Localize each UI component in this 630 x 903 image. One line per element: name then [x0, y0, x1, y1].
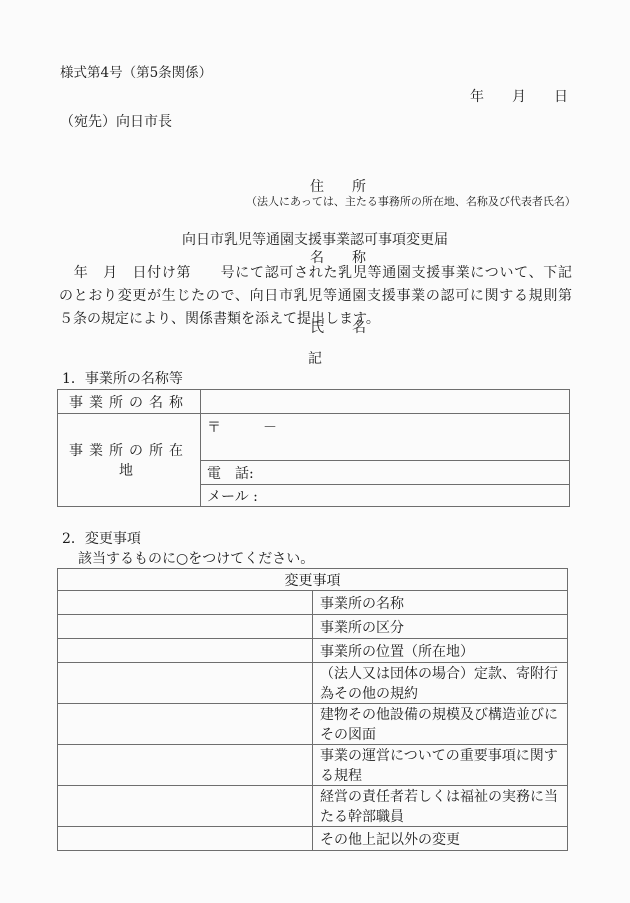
addressee: （宛先）向日市長: [60, 111, 172, 131]
office-name-value-cell: [201, 390, 570, 414]
body-line-3: ５条の規定により、関係書類を添えて提出します。: [59, 308, 572, 331]
body-line-2: のとおり変更が生じたので、向日市乳児等通園支援事業の認可に関する規則第: [59, 285, 572, 308]
table-row: 事業の運営についての重要事項に関する規程: [58, 745, 568, 786]
change-item-label: 事業所の名称: [313, 591, 568, 615]
office-location-label: 事業所の所在地: [58, 414, 201, 507]
circle-mark-cell: [58, 663, 313, 704]
document-page: 様式第4号（第5条関係） 年 月 日 （宛先）向日市長 住 所 名 称 氏 名 …: [0, 0, 630, 903]
change-item-label: 建物その他設備の規模及び構造並びにその図面: [313, 704, 568, 745]
table-row: 事業所の名称: [58, 591, 568, 615]
table-row: その他上記以外の変更: [58, 827, 568, 851]
table-row: 事業所の区分: [58, 615, 568, 639]
change-items-table: 変更事項 事業所の名称 事業所の区分 事業所の位置（所在地） （法人又は団体の場…: [57, 568, 568, 851]
postal-code-cell: 〒 －: [201, 414, 570, 461]
table-row: 事業所の位置（所在地）: [58, 639, 568, 663]
section1-heading: 1．事業所の名称等: [62, 368, 183, 388]
table-row: 経営の責任者若しくは福祉の実務に当たる幹部職員: [58, 786, 568, 827]
change-item-label: （法人又は団体の場合）定款、寄附行為その他の規約: [313, 663, 568, 704]
body-paragraph: 年 月 日付け第 号にて認可された乳児等通園支援事業について、下記 のとおり変更…: [59, 262, 572, 332]
office-name-label: 事業所の名称: [58, 390, 201, 414]
corporation-note: （法人にあっては、主たる事務所の所在地、名称及び代表者氏名）: [246, 193, 576, 209]
circle-mark-cell: [58, 786, 313, 827]
section2-instruction: 該当するものに○をつけてください。: [78, 548, 314, 568]
date-line: 年 月 日: [470, 86, 568, 106]
circle-mark-cell: [58, 615, 313, 639]
change-item-label: 経営の責任者若しくは福祉の実務に当たる幹部職員: [313, 786, 568, 827]
office-info-table: 事業所の名称 事業所の所在地 〒 － 電 話: メール :: [57, 389, 570, 507]
record-mark: 記: [0, 348, 630, 368]
table-row: 建物その他設備の規模及び構造並びにその図面: [58, 704, 568, 745]
body-line-1: 年 月 日付け第 号にて認可された乳児等通園支援事業について、下記: [59, 262, 572, 285]
circle-mark-cell: [58, 745, 313, 786]
circle-mark-cell: [58, 827, 313, 851]
change-item-label: 事業の運営についての重要事項に関する規程: [313, 745, 568, 786]
mail-cell: メール :: [201, 485, 570, 507]
section2-heading: 2．変更事項: [62, 528, 141, 548]
circle-mark-cell: [58, 639, 313, 663]
document-title: 向日市乳児等通園支援事業認可事項変更届: [0, 229, 630, 249]
change-item-label: その他上記以外の変更: [313, 827, 568, 851]
circle-mark-cell: [58, 591, 313, 615]
phone-cell: 電 話:: [201, 461, 570, 485]
table-row: （法人又は団体の場合）定款、寄附行為その他の規約: [58, 663, 568, 704]
circle-mark-cell: [58, 704, 313, 745]
form-number: 様式第4号（第5条関係）: [60, 61, 212, 81]
change-item-label: 事業所の区分: [313, 615, 568, 639]
change-items-header: 変更事項: [58, 569, 568, 591]
change-item-label: 事業所の位置（所在地）: [313, 639, 568, 663]
